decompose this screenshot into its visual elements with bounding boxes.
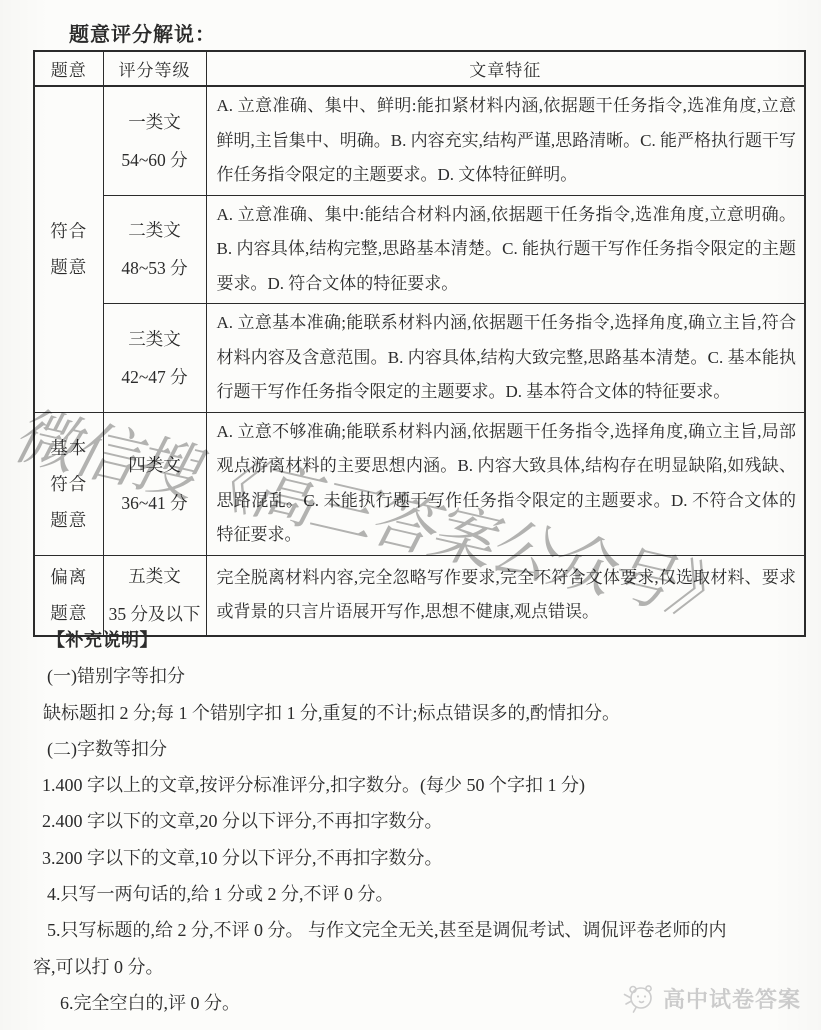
scanned-rubric-document: 题意评分解说： 题意 评分等级 文章特征 符合 题意 一类文 54~60 分 A… (0, 0, 821, 1030)
supplementary-notes: 【补充说明】 (一)错别字等扣分 缺标题扣 2 分;每 1 个错别字扣 1 分,… (33, 622, 813, 1021)
table-row: 基本 符合 题意 四类文 36~41 分 A. 立意不够准确;能联系材料内涵,依… (34, 412, 805, 555)
grade-cell: 一类文 54~60 分 (103, 86, 206, 195)
page-title: 题意评分解说： (69, 18, 216, 47)
supplement-line: 2.400 字以下的文章,20 分以下评分,不再扣字数分。 (33, 803, 813, 839)
grade-range: 42~47 分 (105, 358, 205, 396)
grade-name: 二类文 (105, 211, 205, 249)
scoring-rubric-table: 题意 评分等级 文章特征 符合 题意 一类文 54~60 分 A. 立意准确、集… (33, 50, 806, 637)
header-topic: 题意 (34, 51, 103, 86)
category-line: 偏离 (36, 559, 102, 595)
panda-face-icon (622, 982, 656, 1014)
category-line: 基本 (36, 430, 102, 466)
grade-cell: 四类文 36~41 分 (103, 412, 206, 555)
grade-name: 五类文 (105, 557, 205, 595)
category-line: 题意 (36, 249, 102, 285)
category-line: 题意 (36, 502, 102, 538)
grade-name: 一类文 (105, 103, 205, 141)
supplement-line: 缺标题扣 2 分;每 1 个错别字扣 1 分,重复的不计;标点错误多的,酌情扣分… (33, 695, 813, 731)
category-line: 符合 (36, 213, 102, 249)
features-cell: A. 立意不够准确;能联系材料内涵,依据题干任务指令,选择角度,确立主旨,局部观… (206, 412, 805, 555)
grade-range: 54~60 分 (105, 141, 205, 179)
supplement-line: 容,可以打 0 分。 (33, 949, 813, 985)
features-cell: A. 立意准确、集中:能结合材料内涵,依据题干任务指令,选准角度,立意明确。B.… (206, 195, 805, 304)
supplement-line: 5.只写标题的,给 2 分,不评 0 分。 与作文完全无关,甚至是调侃考试、调侃… (33, 912, 813, 948)
header-article-features: 文章特征 (206, 51, 805, 86)
features-cell: A. 立意准确、集中、鲜明:能扣紧材料内涵,依据题干任务指令,选准角度,立意鲜明… (206, 86, 805, 195)
supplement-heading: 【补充说明】 (33, 622, 813, 658)
grade-name: 四类文 (105, 446, 205, 484)
supplement-line: (一)错别字等扣分 (33, 658, 813, 694)
brand-name: 高中试卷答案 (663, 983, 801, 1014)
features-cell: A. 立意基本准确;能联系材料内涵,依据题干任务指令,选择角度,确立主旨,符合材… (206, 304, 805, 413)
supplement-line: (二)字数等扣分 (33, 731, 813, 767)
table-row: 三类文 42~47 分 A. 立意基本准确;能联系材料内涵,依据题干任务指令,选… (34, 304, 805, 413)
table-header-row: 题意 评分等级 文章特征 (34, 51, 805, 86)
supplement-line: 4.只写一两句话的,给 1 分或 2 分,不评 0 分。 (33, 876, 813, 912)
supplement-line: 1.400 字以上的文章,按评分标准评分,扣字数分。(每少 50 个字扣 1 分… (33, 767, 813, 803)
category-line: 符合 (36, 466, 102, 502)
table-row: 符合 题意 一类文 54~60 分 A. 立意准确、集中、鲜明:能扣紧材料内涵,… (34, 86, 805, 195)
header-grade-level: 评分等级 (103, 51, 206, 86)
category-cell-matches-topic: 符合 题意 (34, 86, 103, 412)
grade-cell: 二类文 48~53 分 (103, 195, 206, 304)
grade-range: 48~53 分 (105, 249, 205, 287)
grade-name: 三类文 (105, 320, 205, 358)
supplement-line: 3.200 字以下的文章,10 分以下评分,不再扣字数分。 (33, 840, 813, 876)
publisher-brand: 高中试卷答案 (622, 982, 801, 1014)
grade-cell: 三类文 42~47 分 (103, 304, 206, 413)
category-cell-basically-matches-topic: 基本 符合 题意 (34, 412, 103, 555)
grade-range: 36~41 分 (105, 484, 205, 522)
table-row: 二类文 48~53 分 A. 立意准确、集中:能结合材料内涵,依据题干任务指令,… (34, 195, 805, 304)
